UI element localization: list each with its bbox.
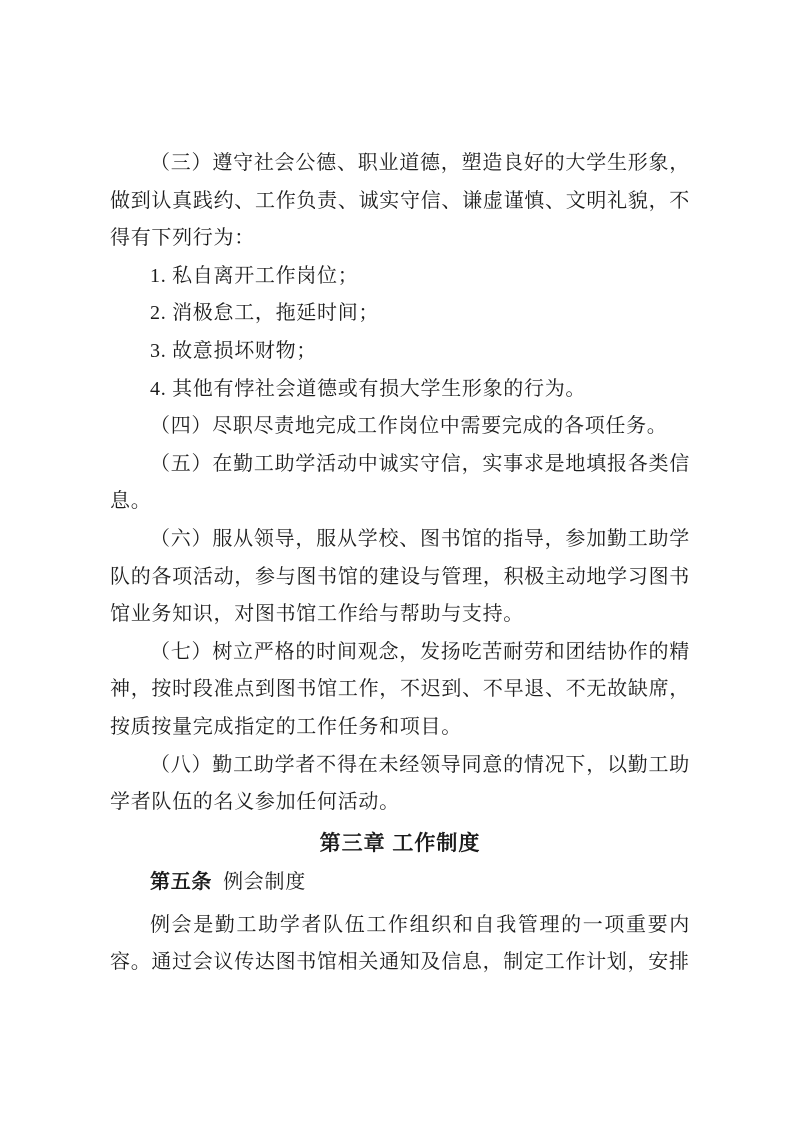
paragraph-clause-3: （三）遵守社会公德、职业道德，塑造良好的大学生形象，做到认真践约、工作负责、诚实…: [110, 145, 690, 258]
list-item-4: 4. 其他有悖社会道德或有损大学生形象的行为。: [110, 371, 690, 409]
document-page: （三）遵守社会公德、职业道德，塑造良好的大学生形象，做到认真践约、工作负责、诚实…: [0, 0, 793, 1122]
paragraph-clause-7: （七）树立严格的时间观念，发扬吃苦耐劳和团结协作的精神，按时段准点到图书馆工作，…: [110, 634, 690, 747]
paragraph-clause-5: （五）在勤工助学活动中诚实守信，实事求是地填报各类信息。: [110, 446, 690, 521]
paragraph-meeting-intro: 例会是勤工助学者队伍工作组织和自我管理的一项重要内容。通过会议传达图书馆相关通知…: [110, 907, 690, 982]
document-body: （三）遵守社会公德、职业道德，塑造良好的大学生形象，做到认真践约、工作负责、诚实…: [110, 145, 690, 982]
list-item-3: 3. 故意损坏财物；: [110, 333, 690, 371]
paragraph-clause-6: （六）服从领导，服从学校、图书馆的指导，参加勤工助学队的各项活动，参与图书馆的建…: [110, 521, 690, 634]
list-item-1: 1. 私自离开工作岗位；: [110, 258, 690, 296]
chapter-heading: 第三章 工作制度: [110, 825, 690, 863]
list-item-2: 2. 消极怠工，拖延时间；: [110, 295, 690, 333]
article-title: 例会制度: [223, 871, 306, 893]
paragraph-clause-4: （四）尽职尽责地完成工作岗位中需要完成的各项任务。: [110, 408, 690, 446]
article-number: 第五条: [150, 871, 212, 893]
paragraph-clause-8: （八）勤工助学者不得在未经领导同意的情况下，以勤工助学者队伍的名义参加任何活动。: [110, 747, 690, 822]
article-heading-line: 第五条例会制度: [110, 864, 690, 902]
